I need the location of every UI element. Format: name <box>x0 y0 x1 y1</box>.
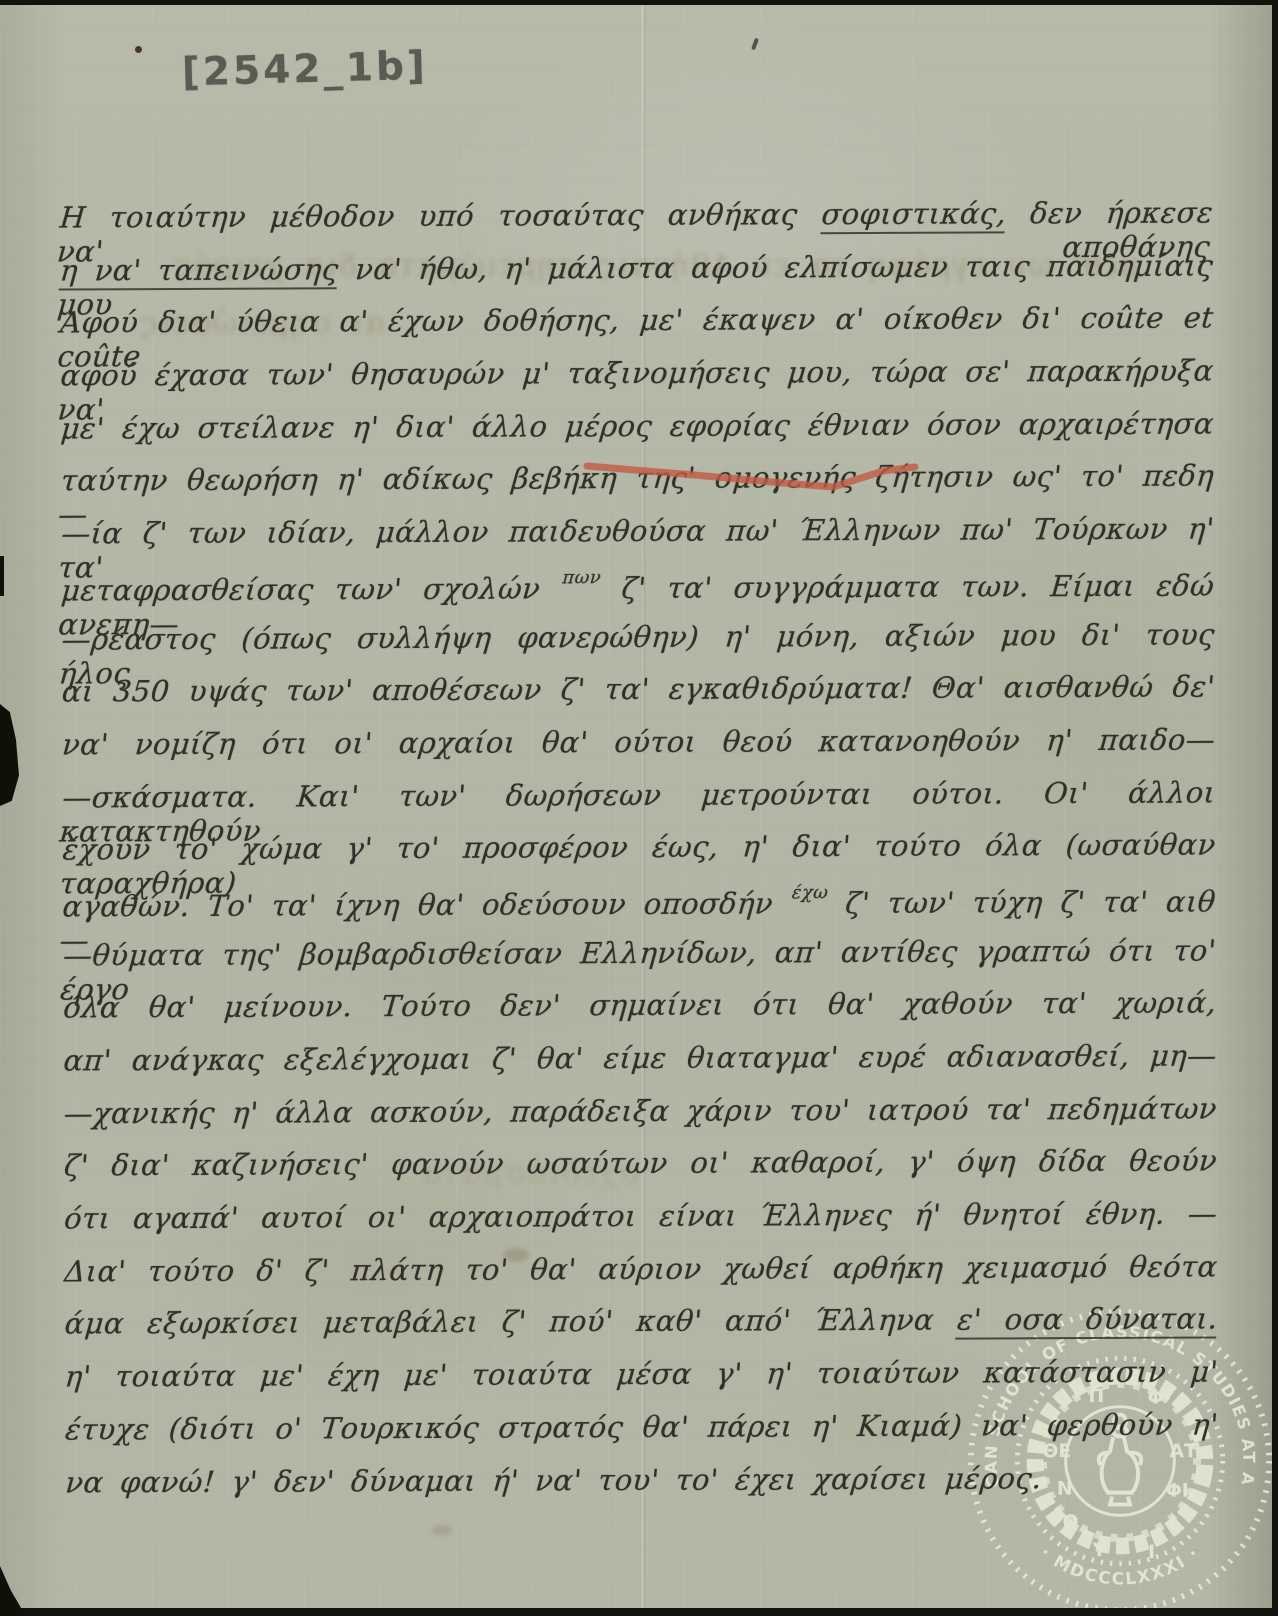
handwriting-line: αφού έχασα των' θησαυρών μ' ταξινομήσεις… <box>58 354 1215 412</box>
handwriting-line: —ία ζ' των ιδίαν, μάλλον παιδευθούσα πω'… <box>58 512 1215 570</box>
handwriting-text: η' τοιαύτα με' έχη με' τοιαύτα μέσα γ' η… <box>64 1355 1220 1394</box>
handwriting-text: να' νομίζη ότι οι' αρχαίοι θα' ούτοι θεο… <box>61 722 1217 761</box>
handwriting-text: —χανικής η' άλλα ασκούν, παράδειξα χάριν… <box>63 1091 1219 1130</box>
scan-edge-bottom <box>0 1608 1278 1616</box>
handwriting-line: έχουν το' χώμα γ' το' προσφέρον έως, η' … <box>60 828 1217 886</box>
handwriting-text: Δια' τούτο δ' ζ' πλάτη το' θα' αύριον χω… <box>63 1249 1219 1288</box>
handwriting-text: μεταφρασθείσας των' σχολών <box>60 571 563 607</box>
handwriting-lines: Η τοιαύτην μέθοδον υπό τοσαύτας ανθήκας … <box>59 195 1218 1517</box>
handwriting-line: —σκάσματα. Και' των' δωρήσεων μετρούνται… <box>60 775 1217 833</box>
handwriting-line: μεταφρασθείσας των' σχολών πων ζ' τα' συ… <box>59 564 1216 622</box>
superscript-insertion: πων <box>562 567 602 588</box>
handwriting-text: αγαθών. Το' τα' ίχνη θα' οδεύσουν οποσδή… <box>61 886 792 923</box>
handwriting-line: άμα εξωρκίσει μεταβάλει ζ' πού' καθ' από… <box>62 1302 1219 1360</box>
superscript-insertion: έχω <box>791 882 829 903</box>
handwriting-line: να' νομίζη ότι οι' αρχαίοι θα' ούτοι θεο… <box>59 722 1216 780</box>
handwriting-line: —θύματα της' βομβαρδισθείσαν Ελληνίδων, … <box>60 933 1217 991</box>
handwriting-line: ότι αγαπά' αυτοί οι' αρχαιοπράτοι είναι … <box>61 1197 1218 1255</box>
handwriting-line: ζ' δια' καζινήσεις' φανούν ωσαύτων οι' κ… <box>61 1144 1218 1202</box>
handwriting-line: Η τοιαύτην μέθοδον υπό τοσαύτας ανθήκας … <box>57 195 1214 253</box>
handwriting-line: απ' ανάγκας εξελέγχομαι ζ' θα' είμε θιατ… <box>61 1038 1218 1096</box>
handwriting-text: έτυχε (διότι ο' Τουρκικός στρατός θα' πά… <box>64 1407 1220 1446</box>
underlined-handwriting: η να' ταπεινώσης <box>59 252 340 290</box>
svg-text:Ι: Ι <box>1148 1542 1155 1563</box>
paper-speck <box>135 46 142 53</box>
handwriting-line: αι 350 υψάς των' αποθέσεων ζ' τα' εγκαθι… <box>59 670 1216 728</box>
handwriting-text: απ' ανάγκας εξελέγχομαι ζ' θα' είμε θιατ… <box>62 1038 1218 1077</box>
paper-sheet: μεθ' ων εγράφη τα εν Αθήναις σημειώματα … <box>0 5 1272 1608</box>
scan-edge-right <box>1272 0 1278 1616</box>
handwriting-text: όλα θα' μείνουν. Τούτο δεν' σημαίνει ότι… <box>62 986 1218 1025</box>
svg-text:Ο: Ο <box>1063 1512 1079 1533</box>
red-pencil-underline <box>583 455 923 495</box>
handwriting-line: η' τοιαύτα με' έχη με' τοιαύτα μέσα γ' η… <box>62 1355 1219 1413</box>
handwriting-text: αι 350 υψάς των' αποθέσεων ζ' τα' εγκαθι… <box>61 670 1217 709</box>
handwriting-line: η να' ταπεινώσης να' ήθω, η' μάλιστα αφο… <box>57 248 1214 306</box>
scan-edge-top <box>0 0 1278 5</box>
handwriting-line: —ρέαστος (όπως συλλήψη φανερώθην) η' μόν… <box>59 617 1216 675</box>
handwriting-text: ότι αγαπά' αυτοί οι' αρχαιοπράτοι είναι … <box>63 1197 1219 1236</box>
archive-number-annotation: [2542_1b] <box>181 44 428 96</box>
svg-text:Ι: Ι <box>1169 1514 1176 1535</box>
paper-stain <box>432 1525 452 1535</box>
handwriting-text: ζ' δια' καζινήσεις' φανούν ωσαύτων οι' κ… <box>63 1144 1219 1183</box>
page-edge-tear <box>0 556 4 596</box>
handwriting-line: —χανικής η' άλλα ασκούν, παράδειξα χάριν… <box>61 1091 1218 1149</box>
handwriting-line: να φανώ! γ' δεν' δύναμαι ή' να' του' το'… <box>63 1460 1220 1518</box>
handwriting-line: αγαθών. Το' τα' ίχνη θα' οδεύσουν οποσδή… <box>60 880 1217 938</box>
handwriting-text: Η τοιαύτην μέθοδον υπό τοσαύτας ανθήκας <box>59 197 823 234</box>
handwriting-line: Αφού δια' ύθεια α' έχων δοθήσης, με' έκα… <box>58 301 1215 359</box>
handwriting-line: όλα θα' μείνουν. Τούτο δεν' σημαίνει ότι… <box>61 986 1218 1044</box>
underlined-handwriting: σοφιστικάς, <box>820 196 1008 234</box>
svg-text:Υ: Υ <box>1091 1540 1106 1561</box>
underlined-handwriting: ε' οσα δύναται. <box>956 1302 1220 1340</box>
handwriting-line: Δια' τούτο δ' ζ' πλάτη το' θα' αύριον χω… <box>62 1249 1219 1307</box>
handwriting-line: έτυχε (διότι ο' Τουρκικός στρατός θα' πά… <box>62 1407 1219 1465</box>
handwriting-text: να φανώ! γ' δεν' δύναμαι ή' να' του' το'… <box>64 1461 1043 1499</box>
handwriting-text: με' έχω στείλανε η' δια' άλλο μέρος εφορ… <box>60 406 1216 445</box>
ink-speck <box>751 38 759 51</box>
handwriting-text: άμα εξωρκίσει μεταβάλει ζ' πού' καθ' από… <box>63 1303 958 1341</box>
